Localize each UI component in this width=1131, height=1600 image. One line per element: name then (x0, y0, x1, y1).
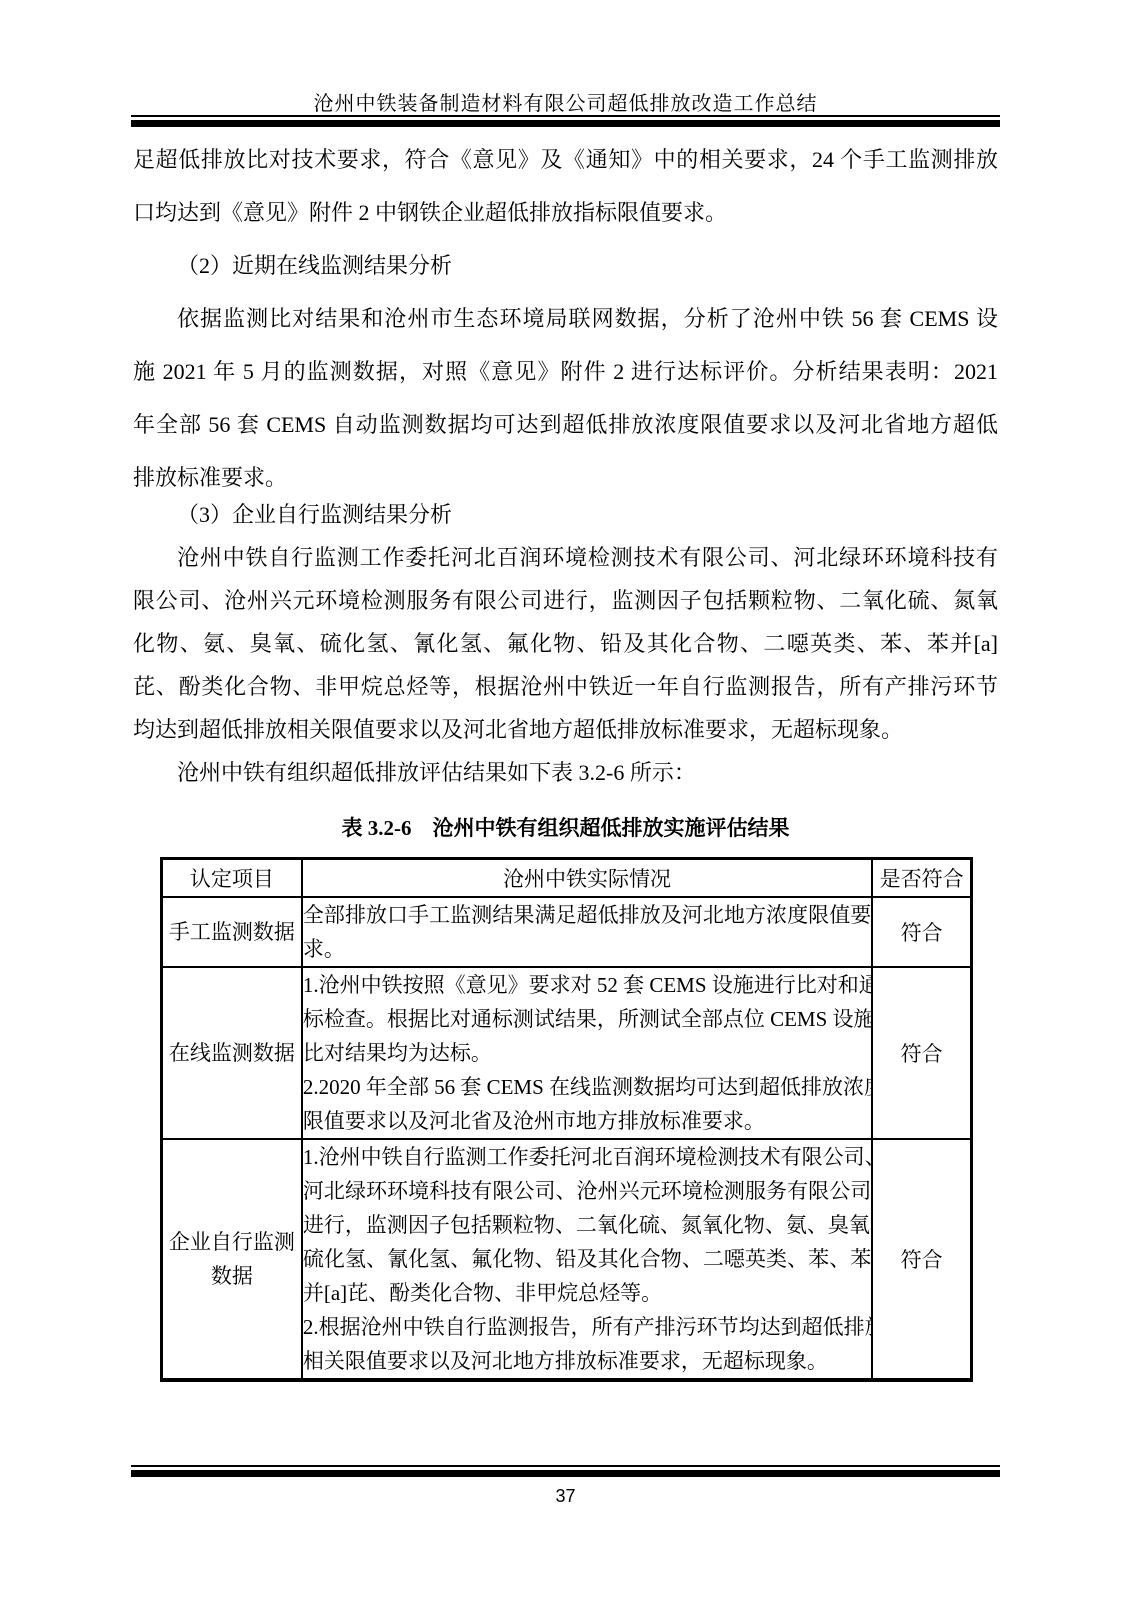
table-text-line: 标检查。根据比对通标测试结果，所测试全部点位 CEMS 设施 (303, 1002, 871, 1036)
table-caption: 表 3.2-6 沧州中铁有组织超低排放实施评估结果 (0, 812, 1131, 842)
text-line: 限公司、沧州兴元环境检测服务有限公司进行，监测因子包括颗粒物、二氧化硫、氮氧 (133, 586, 998, 629)
text-line: 依据监测比对结果和沧州市生态环境局联网数据，分析了沧州中铁 56 套 CEMS … (133, 304, 998, 357)
row-item-label: 在线监测数据 (162, 967, 302, 1139)
text-line: 年全部 56 套 CEMS 自动监测数据均可达到超低排放浓度限值要求以及河北省地… (133, 410, 998, 463)
compliance-value: 符合 (872, 1139, 971, 1380)
table-text-line: 限值要求以及河北省及沧州市地方排放标准要求。 (303, 1104, 871, 1138)
table-header-row: 认定项目 沧州中铁实际情况 是否符合 (162, 859, 972, 898)
row-detail-cell: 1.沧州中铁自行监测工作委托河北百润环境检测技术有限公司、 河北绿环环境科技有限… (302, 1139, 872, 1380)
section-heading: （2）近期在线监测结果分析 (133, 251, 998, 304)
section-heading: （3）企业自行监测结果分析 (133, 500, 998, 543)
table-text-line: 并[a]芘、酚类化合物、非甲烷总烃等。 (303, 1276, 871, 1310)
row-detail-cell: 1.沧州中铁按照《意见》要求对 52 套 CEMS 设施进行比对和通 标检查。根… (302, 967, 872, 1139)
text-line: 化物、氨、臭氧、硫化氢、氰化氢、氟化物、铅及其化合物、二噁英类、苯、苯并[a] (133, 629, 998, 672)
table-text-line: 1.沧州中铁自行监测工作委托河北百润环境检测技术有限公司、 (303, 1140, 871, 1174)
table-row: 在线监测数据 1.沧州中铁按照《意见》要求对 52 套 CEMS 设施进行比对和… (162, 967, 972, 1139)
table-text-line: 比对结果均为达标。 (303, 1036, 871, 1070)
footer-rule-thick (131, 1470, 1000, 1477)
footer-rule-thin (131, 1465, 1000, 1467)
table-text-line: 全部排放口手工监测结果满足超低排放及河北地方浓度限值要 (303, 898, 871, 932)
column-header-compliance: 是否符合 (872, 859, 971, 898)
text-line: 足超低排放比对技术要求，符合《意见》及《通知》中的相关要求，24 个手工监测排放 (133, 145, 998, 198)
body-text-block-1: 足超低排放比对技术要求，符合《意见》及《通知》中的相关要求，24 个手工监测排放… (133, 145, 998, 516)
page-number: 37 (0, 1486, 1131, 1507)
header-rule-thick (131, 120, 1000, 127)
row-item-label: 手工监测数据 (162, 897, 302, 967)
row-item-label: 企业自行监测数据 (162, 1139, 302, 1380)
table-text-line: 1.沧州中铁按照《意见》要求对 52 套 CEMS 设施进行比对和通 (303, 968, 871, 1002)
document-page: 沧州中铁装备制造材料有限公司超低排放改造工作总结 足超低排放比对技术要求，符合《… (0, 0, 1131, 1600)
text-line: 沧州中铁自行监测工作委托河北百润环境检测技术有限公司、河北绿环环境科技有 (133, 543, 998, 586)
text-line: 口均达到《意见》附件 2 中钢铁企业超低排放指标限值要求。 (133, 198, 998, 251)
table-text-line: 2.根据沧州中铁自行监测报告，所有产排污环节均达到超低排放 (303, 1310, 871, 1344)
header-rule-thin (131, 115, 1000, 117)
text-line: 沧州中铁有组织超低排放评估结果如下表 3.2-6 所示： (133, 758, 998, 801)
evaluation-table: 认定项目 沧州中铁实际情况 是否符合 手工监测数据 全部排放口手工监测结果满足超… (160, 857, 973, 1382)
text-line: 均达到超低排放相关限值要求以及河北省地方超低排放标准要求，无超标现象。 (133, 715, 998, 758)
table-row: 手工监测数据 全部排放口手工监测结果满足超低排放及河北地方浓度限值要 求。 符合 (162, 897, 972, 967)
compliance-value: 符合 (872, 967, 971, 1139)
table-text-line: 硫化氢、氰化氢、氟化物、铅及其化合物、二噁英类、苯、苯 (303, 1242, 871, 1276)
table-text-line: 进行，监测因子包括颗粒物、二氧化硫、氮氧化物、氨、臭氧、 (303, 1208, 871, 1242)
compliance-value: 符合 (872, 897, 971, 967)
body-text-block-2: （3）企业自行监测结果分析 沧州中铁自行监测工作委托河北百润环境检测技术有限公司… (133, 500, 998, 801)
table-text-line: 2.2020 年全部 56 套 CEMS 在线监测数据均可达到超低排放浓度 (303, 1070, 871, 1104)
table-row: 企业自行监测数据 1.沧州中铁自行监测工作委托河北百润环境检测技术有限公司、 河… (162, 1139, 972, 1380)
text-line: 芘、酚类化合物、非甲烷总烃等，根据沧州中铁近一年自行监测报告，所有产排污环节 (133, 672, 998, 715)
table-text-line: 求。 (303, 932, 871, 966)
column-header-item: 认定项目 (162, 859, 302, 898)
text-line: 施 2021 年 5 月的监测数据，对照《意见》附件 2 进行达标评价。分析结果… (133, 357, 998, 410)
row-detail-cell: 全部排放口手工监测结果满足超低排放及河北地方浓度限值要 求。 (302, 897, 872, 967)
column-header-detail: 沧州中铁实际情况 (302, 859, 872, 898)
page-header-title: 沧州中铁装备制造材料有限公司超低排放改造工作总结 (0, 87, 1131, 116)
table-text-line: 相关限值要求以及河北地方排放标准要求，无超标现象。 (303, 1344, 871, 1378)
table-text-line: 河北绿环环境科技有限公司、沧州兴元环境检测服务有限公司 (303, 1174, 871, 1208)
